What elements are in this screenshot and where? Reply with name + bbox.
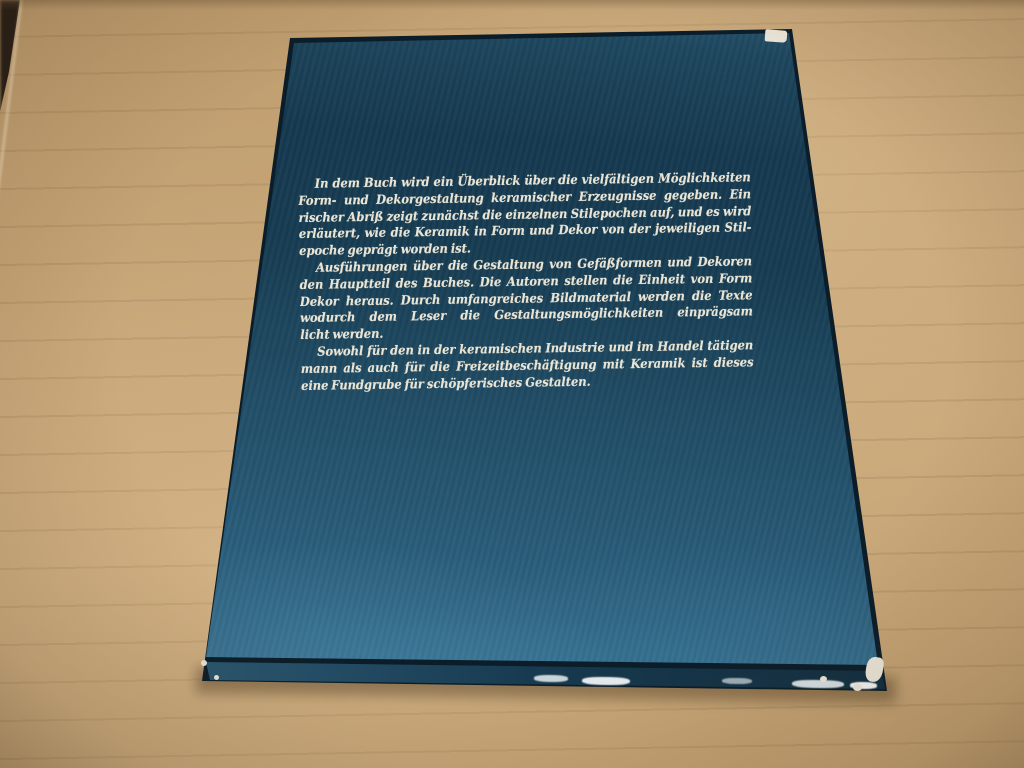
- blurb-paragraph-3: Sowohl für den in der keramischen Indust…: [300, 337, 753, 394]
- specular-highlight: [792, 680, 844, 689]
- back-cover-blurb: In dem Buch wird ein Überblick über die …: [298, 169, 754, 394]
- cover-damage-chip: [214, 675, 219, 680]
- cardboard-top-shadow: [0, 0, 1024, 10]
- blurb-paragraph-1: In dem Buch wird ein Überblick über die …: [298, 169, 752, 260]
- specular-highlight: [534, 675, 568, 682]
- blurb-paragraph-2: Ausführungen über die Gestaltung von Gef…: [299, 253, 753, 344]
- specular-highlight: [722, 678, 752, 684]
- cover-damage-chip-top-right: [765, 29, 788, 43]
- cover-damage-chip: [820, 676, 827, 682]
- specular-highlight: [582, 677, 630, 686]
- cover-damage-chip-bottom-left: [201, 660, 207, 666]
- photo-of-book-on-cardboard: In dem Buch wird ein Überblick über die …: [0, 0, 1024, 768]
- cover-damage-chip: [853, 684, 862, 691]
